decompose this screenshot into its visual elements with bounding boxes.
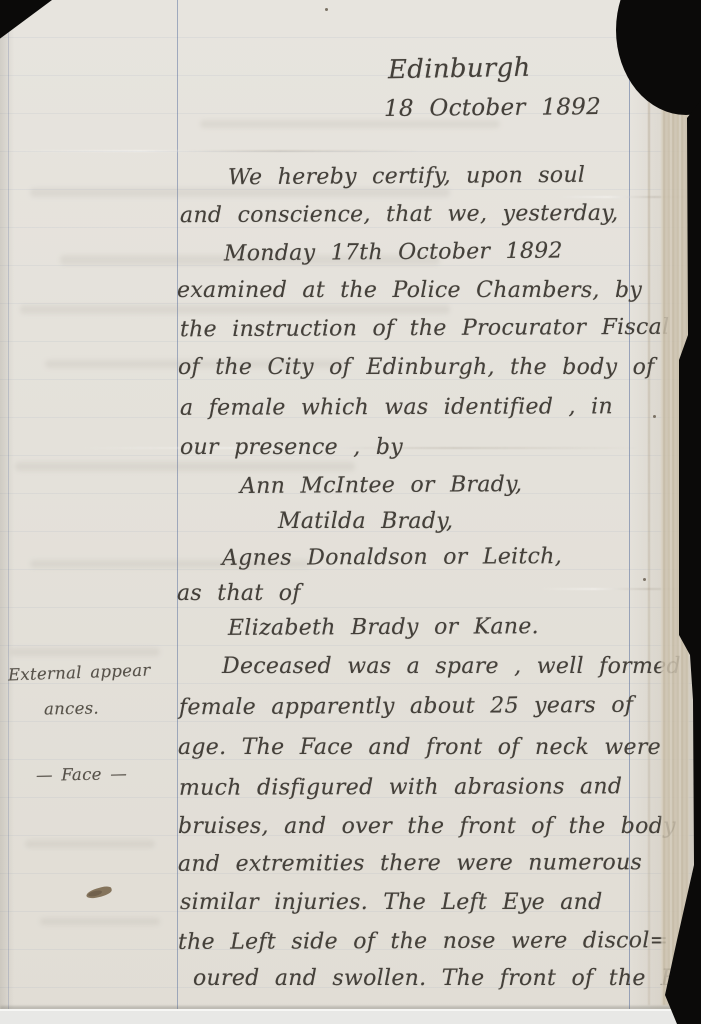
- margin-note-section: ances.: [44, 700, 99, 719]
- heading-date: 18 October 1892: [384, 95, 601, 122]
- manuscript-line: and extremities there were numerous: [178, 851, 642, 877]
- scan-border-strip: [0, 1009, 701, 1024]
- manuscript-line: of the City of Edinburgh, the body of: [178, 356, 655, 380]
- margin-note-section: External appear: [8, 662, 151, 685]
- manuscript-line: examined at the Police Chambers, by: [177, 279, 642, 303]
- manuscript-line: Elizabeth Brady or Kane.: [228, 615, 539, 641]
- manuscript-line: similar injuries. The Left Eye and: [180, 891, 602, 915]
- page-fold-crease: [648, 0, 650, 1005]
- dust-speck: [643, 578, 646, 581]
- manuscript-photo: { "document": { "place_heading": "Edinbu…: [0, 0, 701, 1024]
- manuscript-line: Ann McIntee or Brady,: [240, 473, 522, 499]
- dust-speck: [325, 8, 328, 11]
- manuscript-line: female apparently about 25 years of: [179, 694, 633, 721]
- show-through-smudge: [20, 305, 450, 314]
- manuscript-line: Matilda Brady,: [278, 510, 453, 534]
- manuscript-line: age. The Face and front of neck were: [178, 736, 661, 760]
- manuscript-line: bruises, and over the front of the body: [178, 815, 676, 839]
- manuscript-line: We hereby certify, upon soul: [228, 164, 585, 191]
- show-through-smudge: [40, 918, 160, 925]
- margin-note-face: — Face —: [36, 765, 127, 785]
- heading-place: Edinburgh: [388, 54, 531, 85]
- dust-speck: [653, 415, 656, 418]
- manuscript-line: Deceased was a spare , well formed: [222, 655, 681, 679]
- show-through-smudge: [15, 462, 355, 471]
- manuscript-line: Agnes Donaldson or Leitch,: [222, 545, 562, 571]
- manuscript-line: much disfigured with abrasions and: [179, 775, 622, 801]
- manuscript-line: the Left side of the nose were discol=: [178, 929, 668, 955]
- show-through-smudge: [25, 840, 155, 848]
- manuscript-line: as that of: [177, 582, 301, 606]
- manuscript-line: a female which was identified , in: [180, 395, 613, 421]
- manuscript-line: and conscience, that we, yesterday,: [180, 202, 618, 228]
- manuscript-line: oured and swollen. The front of the Face: [193, 967, 701, 991]
- show-through-smudge: [10, 648, 160, 656]
- manuscript-line: Monday 17th October 1892: [224, 240, 563, 267]
- paper-crease: [0, 150, 420, 152]
- manuscript-line: the instruction of the Procurator Fiscal: [180, 316, 670, 343]
- manuscript-line: our presence , by: [180, 436, 403, 460]
- ink-blot: [85, 885, 112, 900]
